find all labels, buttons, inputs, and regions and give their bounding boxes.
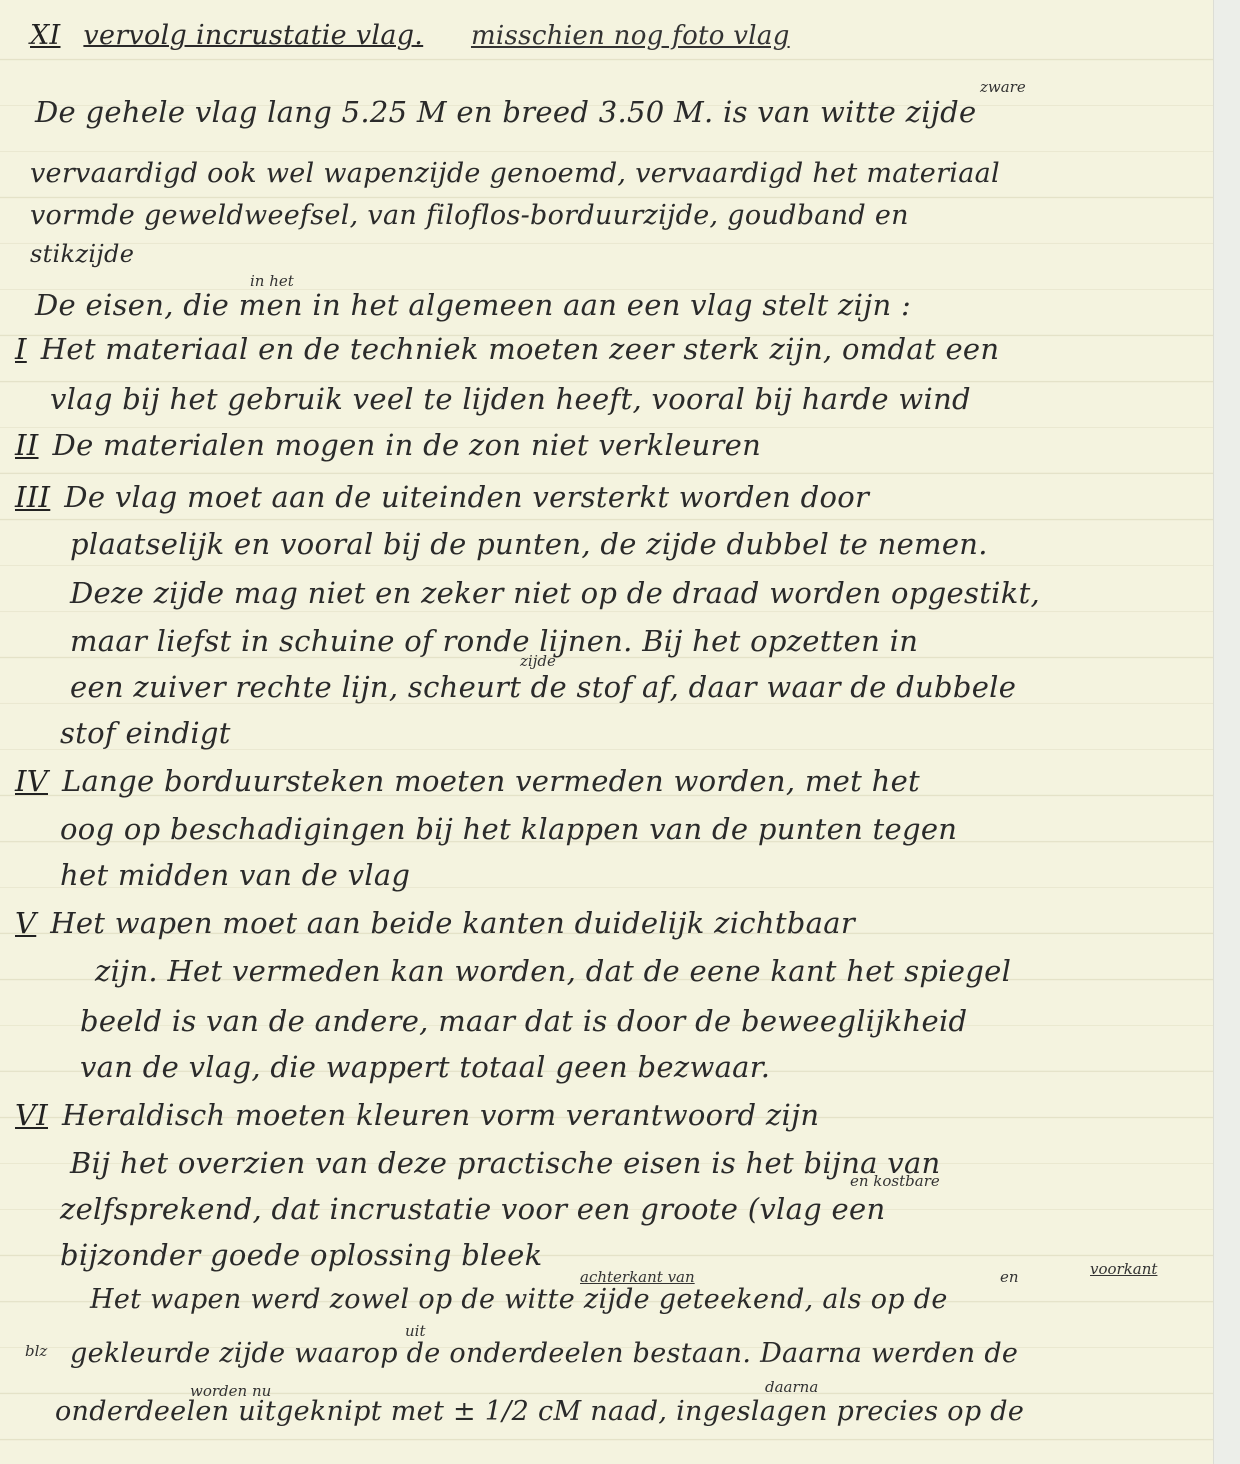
margin-note: blz <box>25 1342 47 1360</box>
side-note: misschien nog foto vlag <box>471 21 790 51</box>
insert-daarna: daarna <box>765 1378 818 1396</box>
requirement-5-line-2: zijn. Het vermeden kan worden, dat de ee… <box>95 954 1011 988</box>
requirement-marker: III <box>15 480 50 514</box>
requirement-3-line-6: stof eindigt <box>60 716 231 750</box>
insert-en-kostbare: en kostbare <box>850 1172 940 1190</box>
requirement-3-line-3: Deze zijde mag niet en zeker niet op de … <box>70 576 1040 610</box>
intro-line-3: vormde geweldweefsel, van filoflos-bordu… <box>30 200 909 231</box>
scan-margin <box>1213 0 1240 1464</box>
manuscript-page: XI vervolg incrustatie vlag. misschien n… <box>0 0 1213 1464</box>
requirement-marker: II <box>15 428 39 462</box>
requirement-4-line-2: oog op beschadigingen bij het klappen va… <box>60 812 957 846</box>
requirement-4-line-3: het midden van de vlag <box>60 858 410 892</box>
requirement-4-line-1: IVLange borduursteken moeten vermeden wo… <box>15 764 920 798</box>
requirement-marker: I <box>15 332 27 366</box>
requirement-3-line-4: maar liefst in schuine of ronde lijnen. … <box>70 624 918 658</box>
closing-line-1: Het wapen werd zowel op de witte zijde g… <box>90 1284 948 1315</box>
insert-zware: zware <box>980 78 1026 96</box>
insert-zijde: zijde <box>520 652 556 670</box>
requirement-6-line-4: bijzonder goede oplossing bleek <box>60 1238 542 1272</box>
closing-line-3: onderdeelen uitgeknipt met ± 1/2 cM naad… <box>55 1396 1024 1427</box>
intro-line-4: stikzijde <box>30 240 134 268</box>
requirement-5-line-4: van de vlag, die wappert totaal geen bez… <box>80 1050 770 1084</box>
requirement-3-line-1: IIIDe vlag moet aan de uiteinden verster… <box>15 480 869 514</box>
requirement-1-line-2: vlag bij het gebruik veel te lijden heef… <box>50 382 971 416</box>
section-heading: XI vervolg incrustatie vlag. misschien n… <box>30 20 790 51</box>
closing-line-2: gekleurde zijde waarop de onderdeelen be… <box>70 1338 1018 1369</box>
requirement-3-line-5: een zuiver rechte lijn, scheurt de stof … <box>70 670 1016 704</box>
section-number: XI <box>30 20 61 51</box>
insert-en: en <box>1000 1268 1019 1286</box>
requirement-6-line-1: VIHeraldisch moeten kleuren vorm verantw… <box>15 1098 819 1132</box>
requirement-marker: V <box>15 906 36 940</box>
requirement-5-line-1: VHet wapen moet aan beide kanten duideli… <box>15 906 855 940</box>
requirement-2-line-1: IIDe materialen mogen in de zon niet ver… <box>15 428 761 462</box>
requirement-6-line-3: zelfsprekend, dat incrustatie voor een g… <box>60 1192 885 1226</box>
requirement-marker: IV <box>15 764 48 798</box>
requirement-1-line-1: IHet materiaal en de techniek moeten zee… <box>15 332 999 366</box>
requirement-5-line-3: beeld is van de andere, maar dat is door… <box>80 1004 967 1038</box>
section-title: vervolg incrustatie vlag. <box>83 20 423 51</box>
requirement-3-line-2: plaatselijk en vooral bij de punten, de … <box>70 527 988 561</box>
intro-line-2: vervaardigd ook wel wapenzijde genoemd, … <box>30 158 1000 189</box>
insert-voorkant: voorkant <box>1090 1260 1157 1278</box>
requirement-6-line-2: Bij het overzien van deze practische eis… <box>70 1146 941 1180</box>
requirements-intro: De eisen, die men in het algemeen aan ee… <box>35 288 911 322</box>
intro-line-1: De gehele vlag lang 5.25 M en breed 3.50… <box>35 95 976 129</box>
requirement-marker: VI <box>15 1098 48 1132</box>
